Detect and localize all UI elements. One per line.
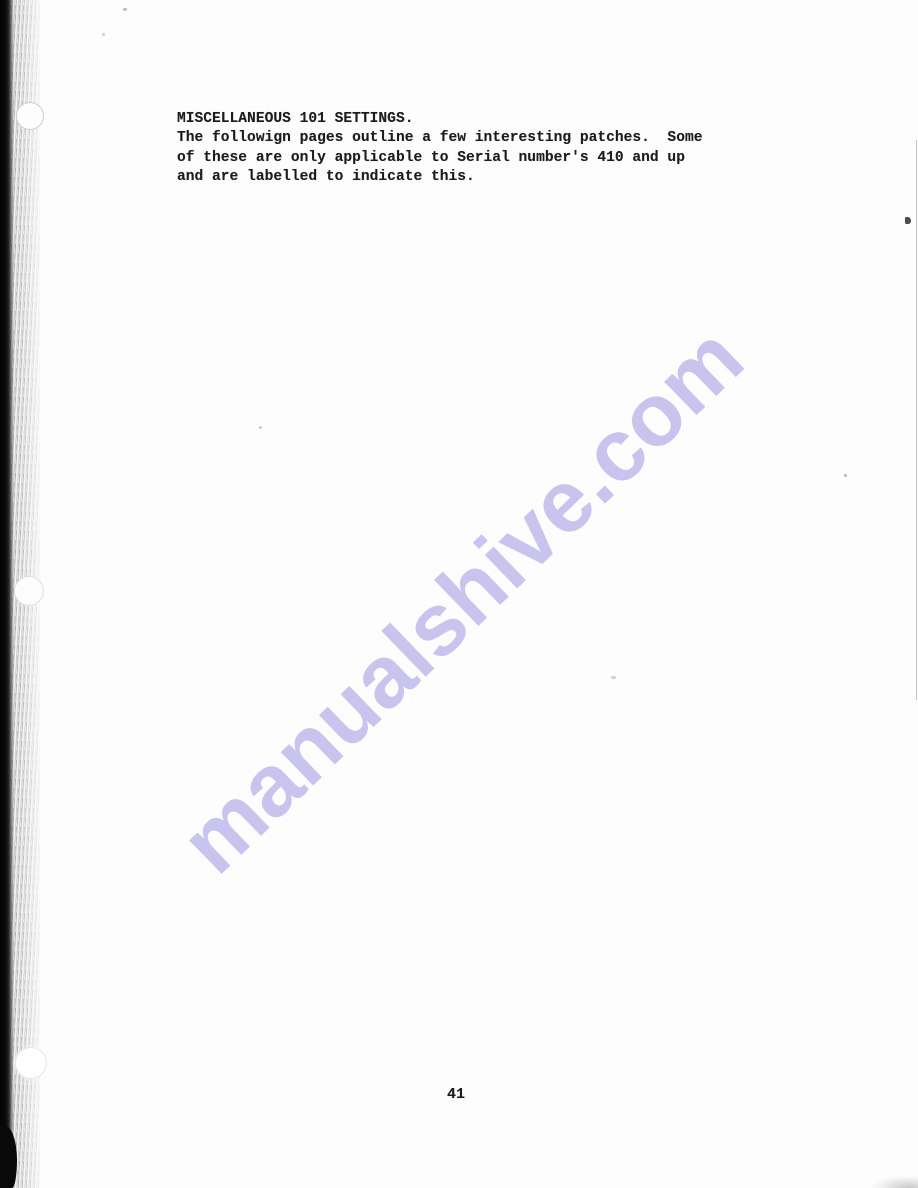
text-block: MISCELLANEOUS 101 SETTINGS. The followig… bbox=[177, 110, 702, 187]
hole-punch-top bbox=[16, 102, 44, 130]
body-line: and are labelled to indicate this. bbox=[177, 168, 702, 187]
scan-speck bbox=[259, 426, 262, 429]
body-line: The followign pages outline a few intere… bbox=[177, 129, 702, 148]
hole-punch-middle bbox=[14, 576, 44, 606]
scan-speck bbox=[844, 474, 847, 477]
scan-speck bbox=[611, 676, 616, 679]
scanned-page: manualshive.com MISCELLANEOUS 101 SETTIN… bbox=[0, 0, 918, 1188]
scan-speck bbox=[905, 217, 911, 224]
page-number: 41 bbox=[447, 1086, 465, 1103]
section-heading: MISCELLANEOUS 101 SETTINGS. bbox=[177, 110, 702, 129]
scan-speck bbox=[123, 8, 127, 11]
scan-right-edge-line bbox=[916, 140, 917, 700]
body-line: of these are only applicable to Serial n… bbox=[177, 149, 702, 168]
scan-speck bbox=[102, 33, 105, 36]
hole-punch-bottom bbox=[15, 1047, 47, 1079]
watermark-text: manualshive.com bbox=[161, 307, 763, 893]
scan-corner-smudge bbox=[872, 1176, 918, 1188]
